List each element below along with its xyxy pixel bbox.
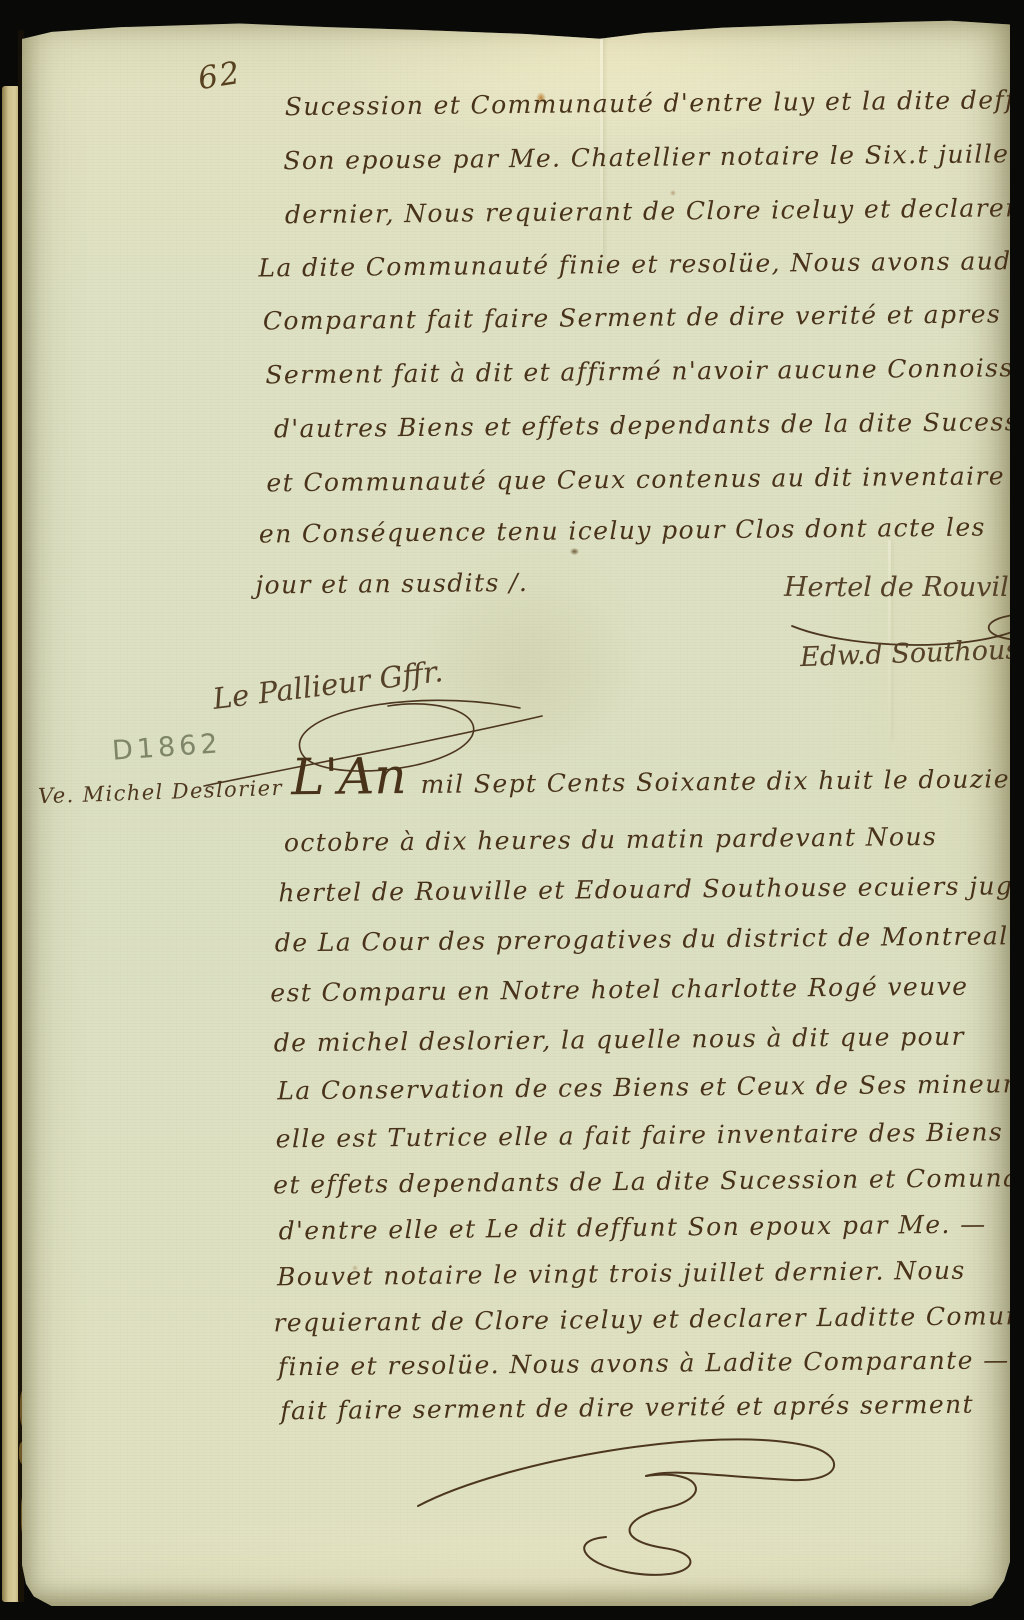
act-of-12-october-1778: L'An mil Sept Cents Soixante dix huit le… [22,15,1010,24]
manuscript-line: La dite Communauté finie et resolüe, Nou… [258,246,1024,282]
manuscript-line: en Conséquence tenu iceluy pour Clos don… [259,513,986,549]
manuscript-line: et Communauté que Ceux contenus au dit i… [266,461,1005,497]
foxing-spot [570,548,579,555]
line-text: mil Sept Cents Soixante dix huit le douz… [420,764,1024,799]
manuscript-line: elle est Tutrice elle a fait faire inven… [276,1117,1004,1153]
foxing-spot [670,190,676,196]
manuscript-line: octobre à dix heures du matin pardevant … [284,822,938,857]
manuscript-line: Comparant fait faire Serment de dire ver… [263,299,1002,335]
manuscript-line: Sucession et Communauté d'entre luy et l… [285,85,1024,122]
manuscript-line: d'entre elle et Le dit deffunt Son epoux… [278,1210,986,1246]
manuscript-line: de La Cour des prerogatives du district … [275,921,1009,957]
manuscript-line: Serment fait à dit et affirmé n'avoir au… [265,353,1024,390]
manuscript-line: requierant de Clore iceluy et declarer L… [273,1301,1024,1338]
manuscript-line: hertel de Rouville et Edouard Southouse … [278,871,1024,908]
opening-initial: L'An [291,761,407,792]
manuscript-line: Bouvet notaire le vingt trois juillet de… [277,1256,966,1292]
manuscript-line: d'autres Biens et effets dependants de l… [274,407,1024,444]
bottom-ink-paraph [410,1418,860,1593]
page-number: 62 [195,55,244,97]
signature-hertel-de-rouville: Hertel de Rouville [784,572,1024,603]
manuscript-line: jour et an susdits /. [255,568,528,600]
closing-paragraph-previous-act: Sucession et Communauté d'entre luy et l… [22,15,1010,24]
manuscript-line: et effets dependants de La dite Sucessio… [273,1163,1024,1200]
manuscript-line: finie et resolüe. Nous avons à Ladite Co… [278,1345,1010,1381]
manuscript-paper: 62 Sucession et Communauté d'entre luy e… [22,20,1010,1606]
manuscript-line: dernier, Nous requierant de Clore iceluy… [285,193,1019,229]
manuscript-line: La Conservation de ces Biens et Ceux de … [277,1068,1024,1105]
manuscript-line: de michel deslorier, la quelle nous à di… [274,1022,965,1058]
manuscript-line: L'An mil Sept Cents Soixante dix huit le… [291,755,1024,800]
margin-case-note: Ve. Michel Deslorier [38,776,284,809]
scanned-manuscript-page: 62 Sucession et Communauté d'entre luy e… [0,0,1024,1620]
manuscript-line: Son epouse par Me. Chatellier notaire le… [283,139,1021,175]
manuscript-line: est Comparu en Notre hotel charlotte Rog… [270,972,968,1008]
